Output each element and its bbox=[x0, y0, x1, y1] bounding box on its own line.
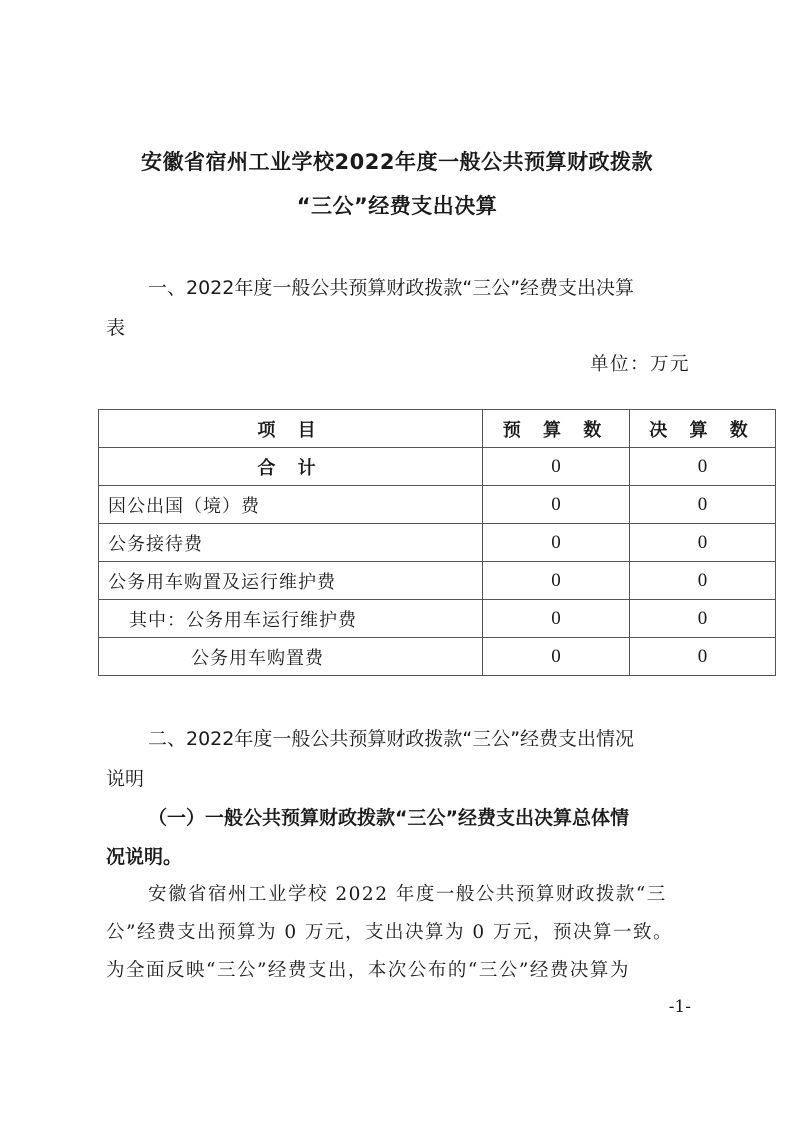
row-final: 0 bbox=[630, 600, 776, 638]
table-row: 公务用车购置费 0 0 bbox=[99, 638, 776, 676]
section2-heading: 二、2022年度一般公共预算财政拨款“三公”经费支出情况 bbox=[148, 724, 634, 751]
table-row: 其中：公务用车运行维护费 0 0 bbox=[99, 600, 776, 638]
row-item: 其中：公务用车运行维护费 bbox=[99, 600, 483, 638]
row-budget: 0 bbox=[483, 486, 630, 524]
subsection1-heading-cont: 况说明。 bbox=[106, 842, 182, 869]
row-final: 0 bbox=[630, 486, 776, 524]
document-title-line1: 安徽省宿州工业学校2022年度一般公共预算财政拨款 bbox=[0, 146, 794, 176]
three-public-expenses-table: 项 目 预 算 数 决 算 数 合 计 0 0 因公出国（境）费 0 0 公务接… bbox=[98, 409, 776, 676]
row-item: 因公出国（境）费 bbox=[99, 486, 483, 524]
table-row: 公务接待费 0 0 bbox=[99, 524, 776, 562]
row-final: 0 bbox=[630, 562, 776, 600]
table-row: 因公出国（境）费 0 0 bbox=[99, 486, 776, 524]
section1-heading-cont: 表 bbox=[106, 313, 125, 340]
section2-heading-cont: 说明 bbox=[106, 764, 144, 791]
table-header-row: 项 目 预 算 数 决 算 数 bbox=[99, 410, 776, 448]
paragraph-line: 为全面反映“三公”经费支出，本次公布的“三公”经费决算为 bbox=[106, 956, 630, 982]
row-budget: 0 bbox=[483, 600, 630, 638]
row-budget: 0 bbox=[483, 562, 630, 600]
row-final: 0 bbox=[630, 448, 776, 486]
row-final: 0 bbox=[630, 524, 776, 562]
header-final: 决 算 数 bbox=[630, 410, 776, 448]
subsection1-heading: （一）一般公共预算财政拨款“三公”经费支出决算总体情 bbox=[148, 803, 629, 830]
row-item: 公务接待费 bbox=[99, 524, 483, 562]
row-item: 公务用车购置及运行维护费 bbox=[99, 562, 483, 600]
row-budget: 0 bbox=[483, 524, 630, 562]
row-item: 合 计 bbox=[99, 448, 483, 486]
section1-heading: 一、2022年度一般公共预算财政拨款“三公”经费支出决算 bbox=[148, 273, 634, 300]
header-item: 项 目 bbox=[99, 410, 483, 448]
row-final: 0 bbox=[630, 638, 776, 676]
header-budget: 预 算 数 bbox=[483, 410, 630, 448]
page-number: -1- bbox=[669, 997, 691, 1017]
table-row: 合 计 0 0 bbox=[99, 448, 776, 486]
table-row: 公务用车购置及运行维护费 0 0 bbox=[99, 562, 776, 600]
document-title-line2: “三公”经费支出决算 bbox=[0, 190, 794, 220]
unit-label: 单位：万元 bbox=[590, 350, 690, 376]
paragraph-line: 公”经费支出预算为 0 万元，支出决算为 0 万元，预决算一致。 bbox=[106, 918, 673, 944]
row-item: 公务用车购置费 bbox=[99, 638, 483, 676]
row-budget: 0 bbox=[483, 638, 630, 676]
paragraph-line: 安徽省宿州工业学校 2022 年度一般公共预算财政拨款“三 bbox=[148, 880, 667, 906]
row-budget: 0 bbox=[483, 448, 630, 486]
